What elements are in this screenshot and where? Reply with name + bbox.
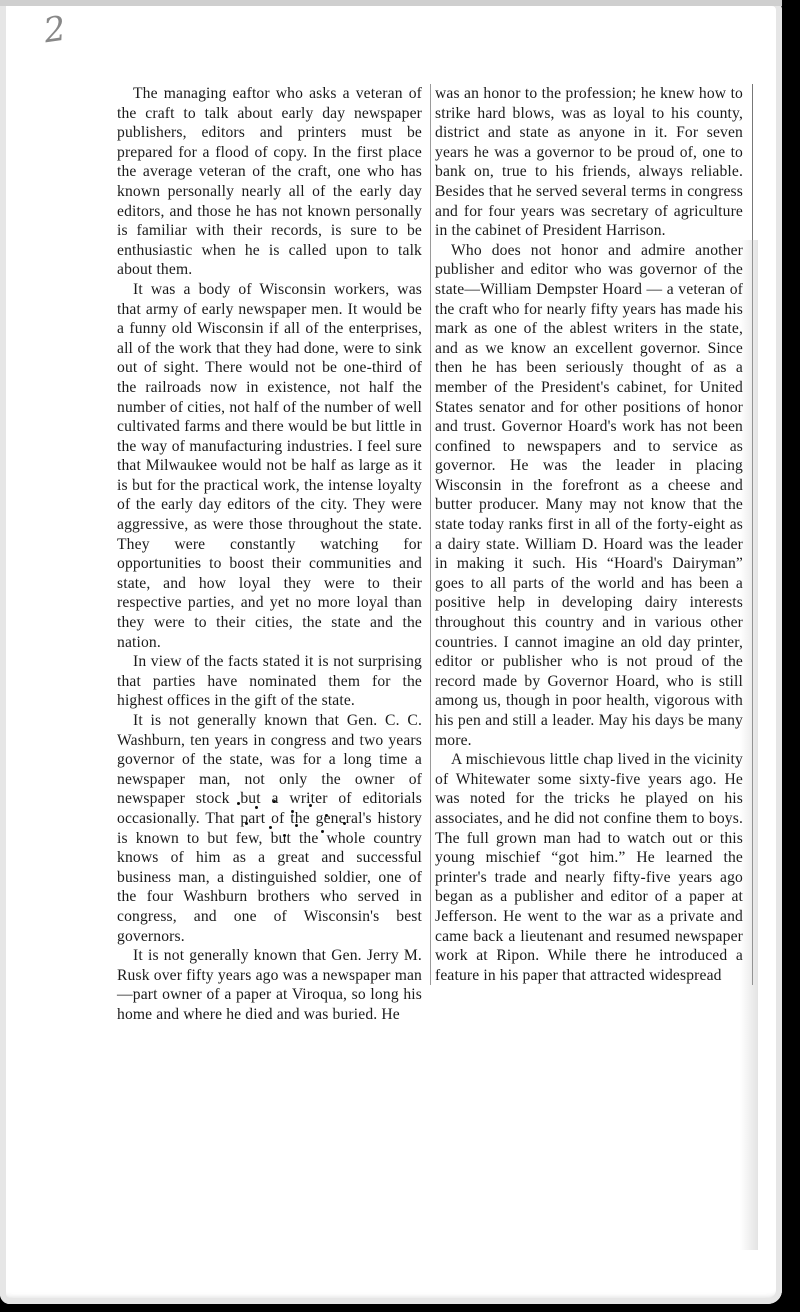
- scan-shadow: [740, 240, 758, 1250]
- ink-speckles: [225, 800, 365, 840]
- paragraph: A mischievous little chap lived in the v…: [435, 750, 743, 985]
- article-column-right: was an honor to the profession; he knew …: [430, 84, 743, 985]
- article-column-left: The managing eaftor who asks a veteran o…: [117, 84, 422, 1025]
- handwritten-page-number: 2: [41, 9, 68, 52]
- paragraph: It is not generally known that Gen. Jerr…: [117, 946, 422, 1024]
- newspaper-clipping: 2 The managing eaftor who asks a veteran…: [0, 0, 782, 1304]
- paragraph: Who does not honor and admire another pu…: [435, 241, 743, 750]
- paragraph: It was a body of Wisconsin workers, was …: [117, 280, 422, 652]
- paragraph: was an honor to the profession; he knew …: [435, 84, 743, 241]
- paragraph: The managing eaftor who asks a veteran o…: [117, 84, 422, 280]
- paragraph: In view of the facts stated it is not su…: [117, 652, 422, 711]
